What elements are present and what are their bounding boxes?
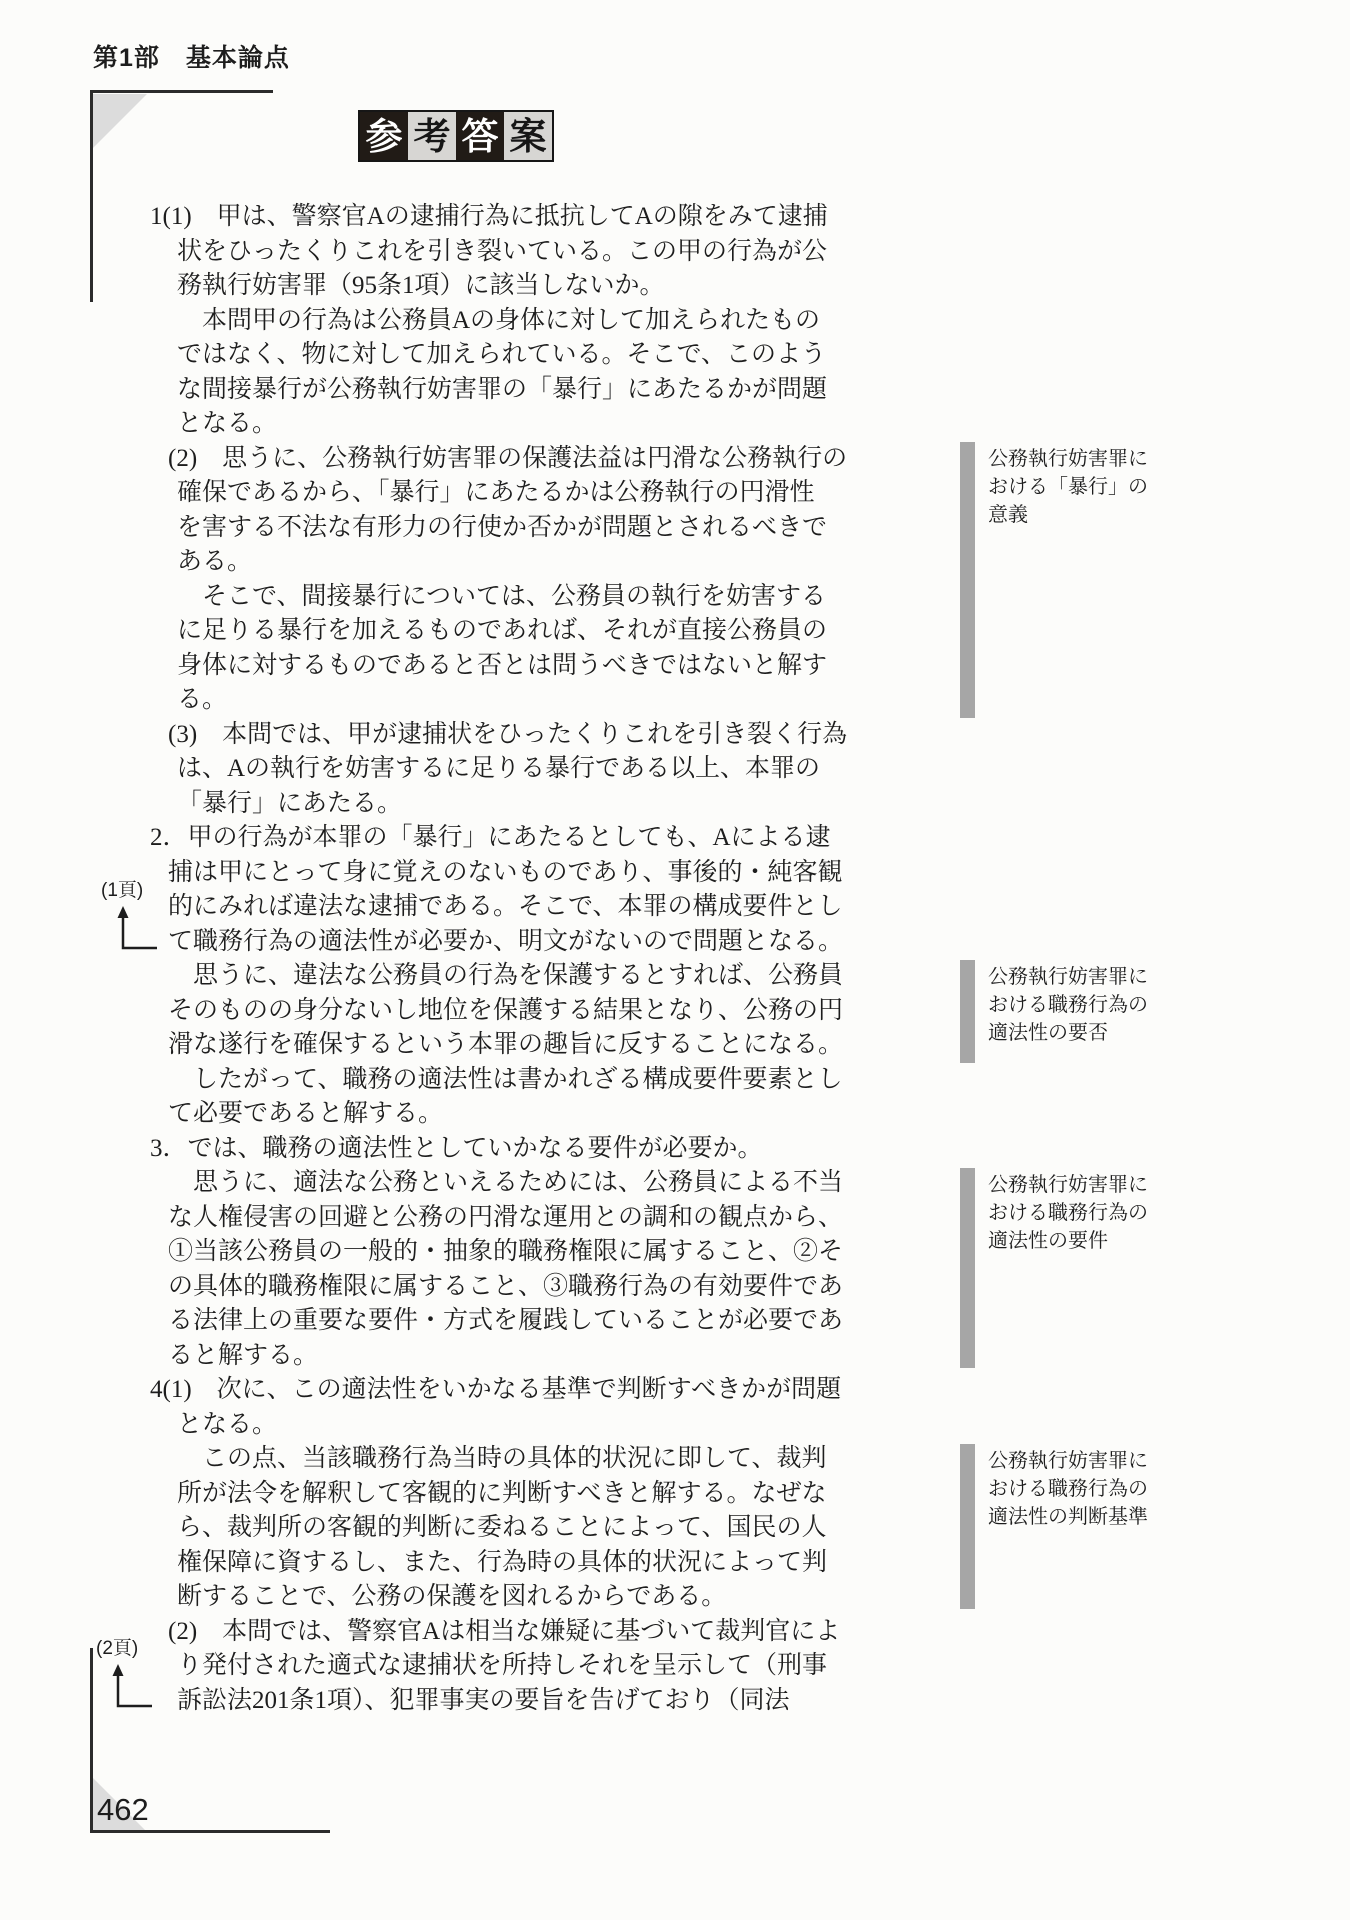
body-line: 思うに、違法な公務員の行為を保護するとすれば、公務員 xyxy=(168,959,830,994)
body-line: 思うに、適法な公務といえるためには、公務員による不当 xyxy=(168,1166,830,1201)
page-ref-label: (1頁) xyxy=(101,880,169,902)
body-line: 身体に対するものであると否とは問うべきではないと解す xyxy=(177,649,830,684)
margin-note: 公務執行妨害罪に おける職務行為の 適法性の要否 xyxy=(960,960,1240,1047)
body-line: 状をひったくりこれを引き裂いている。この甲の行為が公 xyxy=(177,235,830,270)
body-line: そこで、間接暴行については、公務員の執行を妨害する xyxy=(177,580,830,615)
margin-note-bar xyxy=(960,442,975,718)
body-line: 確保であるから、「暴行」にあたるかは公務執行の円滑性 xyxy=(177,476,830,511)
chapter-header: 第1部 基本論点 xyxy=(93,38,290,74)
body-line: 1(1) 甲は、警察官Aの逮捕行為に抵抗してAの隙をみて逮捕 xyxy=(150,200,830,235)
margin-line-bottom xyxy=(90,1648,93,1832)
body-line: 務執行妨害罪（95条1項）に該当しないか。 xyxy=(177,269,830,304)
corner-triangle-top xyxy=(93,94,147,148)
body-line: 「暴行」にあたる。 xyxy=(177,787,830,822)
body-line: (2) 思うに、公務執行妨害罪の保護法益は円滑な公務執行の xyxy=(168,442,830,477)
margin-note-text: 公務執行妨害罪に おける職務行為の 適法性の要否 xyxy=(988,960,1240,1047)
body-line: したがって、職務の適法性は書かれざる構成要件要素とし xyxy=(168,1063,830,1098)
margin-note: 公務執行妨害罪に おける職務行為の 適法性の判断基準 xyxy=(960,1444,1240,1531)
body-line: は、Aの執行を妨害するに足りる暴行である以上、本罪の xyxy=(177,752,830,787)
body-line: ら、裁判所の客観的判断に委ねることによって、国民の人 xyxy=(177,1511,830,1546)
body-line: 3．では、職務の適法性としていかなる要件が必要か。 xyxy=(150,1132,830,1167)
body-line: (3) 本問では、甲が逮捕状をひったくりこれを引き裂く行為 xyxy=(168,718,830,753)
body-line: となる。 xyxy=(177,1408,830,1443)
body-line: り発付された適式な逮捕状を所持しそれを呈示して（刑事 xyxy=(177,1649,830,1684)
body-line: 滑な遂行を確保するという本罪の趣旨に反することになる。 xyxy=(168,1028,830,1063)
body-line: そのものの身分ないし地位を保護する結果となり、公務の円 xyxy=(168,994,830,1029)
body-line: 権保障に資するし、また、行為時の具体的状況によって判 xyxy=(177,1546,830,1581)
body-line: に足りる暴行を加えるものであれば、それが直接公務員の xyxy=(177,614,830,649)
margin-note-bar xyxy=(960,1444,975,1609)
margin-note-text: 公務執行妨害罪に おける職務行為の 適法性の要件 xyxy=(988,1168,1240,1255)
body-line: ①当該公務員の一般的・抽象的職務権限に属すること、②そ xyxy=(168,1235,830,1270)
body-line: ではなく、物に対して加えられている。そこで、このよう xyxy=(177,338,830,373)
body-line: 断することで、公務の保護を図れるからである。 xyxy=(177,1580,830,1615)
page-number: 462 xyxy=(97,1792,149,1828)
margin-note-text: 公務執行妨害罪に おける職務行為の 適法性の判断基準 xyxy=(988,1444,1240,1531)
margin-note: 公務執行妨害罪に おける「暴行」の 意義 xyxy=(960,442,1240,529)
body-line: て必要であると解する。 xyxy=(168,1097,830,1132)
body-line: て職務行為の適法性が必要か、明文がないので問題となる。 xyxy=(168,925,830,960)
margin-note: 公務執行妨害罪に おける職務行為の 適法性の要件 xyxy=(960,1168,1240,1255)
header-rule xyxy=(90,90,273,93)
body-line: 4(1) 次に、この適法性をいかなる基準で判断すべきかが問題 xyxy=(150,1373,830,1408)
margin-line-top xyxy=(90,92,93,302)
body-line: 訴訟法201条1項）、犯罪事実の要旨を告げており（同法 xyxy=(177,1684,830,1719)
margin-note-bar xyxy=(960,1168,975,1368)
body-line: 所が法令を解釈して客観的に判断すべきと解する。なぜな xyxy=(177,1477,830,1512)
body-line: を害する不法な有形力の行使か否かが問題とされるべきで xyxy=(177,511,830,546)
body-line: る。 xyxy=(177,683,830,718)
reference-answer-title: 参考答案 xyxy=(358,110,554,162)
body-line: ると解する。 xyxy=(168,1339,830,1374)
body-line: 的にみれば違法な逮捕である。そこで、本罪の構成要件とし xyxy=(168,890,830,925)
footer-rule xyxy=(90,1830,330,1833)
body-line: 捕は甲にとって身に覚えのないものであり、事後的・純客観 xyxy=(168,856,830,891)
page-ref-marker: (1頁) xyxy=(101,880,169,954)
page-ref-label: (2頁) xyxy=(96,1638,164,1660)
body-line: の具体的職務権限に属すること、③職務行為の有効要件であ xyxy=(168,1270,830,1305)
margin-note-text: 公務執行妨害罪に おける「暴行」の 意義 xyxy=(988,442,1240,529)
title-char: 参 xyxy=(360,112,408,160)
title-char: 考 xyxy=(408,112,456,160)
title-char: 答 xyxy=(456,112,504,160)
body-line: (2) 本問では、警察官Aは相当な嫌疑に基づいて裁判官によ xyxy=(168,1615,830,1650)
title-char: 案 xyxy=(504,112,552,160)
answer-body-text: 1(1) 甲は、警察官Aの逮捕行為に抵抗してAの隙をみて逮捕状をひったくりこれを… xyxy=(150,200,830,1718)
body-line: この点、当該職務行為当時の具体的状況に即して、裁判 xyxy=(177,1442,830,1477)
book-page: 第1部 基本論点 参考答案 1(1) 甲は、警察官Aの逮捕行為に抵抗してAの隙を… xyxy=(0,0,1350,1920)
body-line: 本問甲の行為は公務員Aの身体に対して加えられたもの xyxy=(177,304,830,339)
body-line: な人権侵害の回避と公務の円滑な運用との調和の観点から、 xyxy=(168,1201,830,1236)
body-line: る法律上の重要な要件・方式を履践していることが必要であ xyxy=(168,1304,830,1339)
body-line: 2．甲の行為が本罪の「暴行」にあたるとしても、Aによる逮 xyxy=(150,821,830,856)
body-line: となる。 xyxy=(177,407,830,442)
page-ref-marker: (2頁) xyxy=(96,1638,164,1712)
body-line: な間接暴行が公務執行妨害罪の「暴行」にあたるかが問題 xyxy=(177,373,830,408)
margin-note-bar xyxy=(960,960,975,1063)
up-arrow-icon xyxy=(108,1662,164,1712)
body-line: ある。 xyxy=(177,545,830,580)
up-arrow-icon xyxy=(113,904,169,954)
